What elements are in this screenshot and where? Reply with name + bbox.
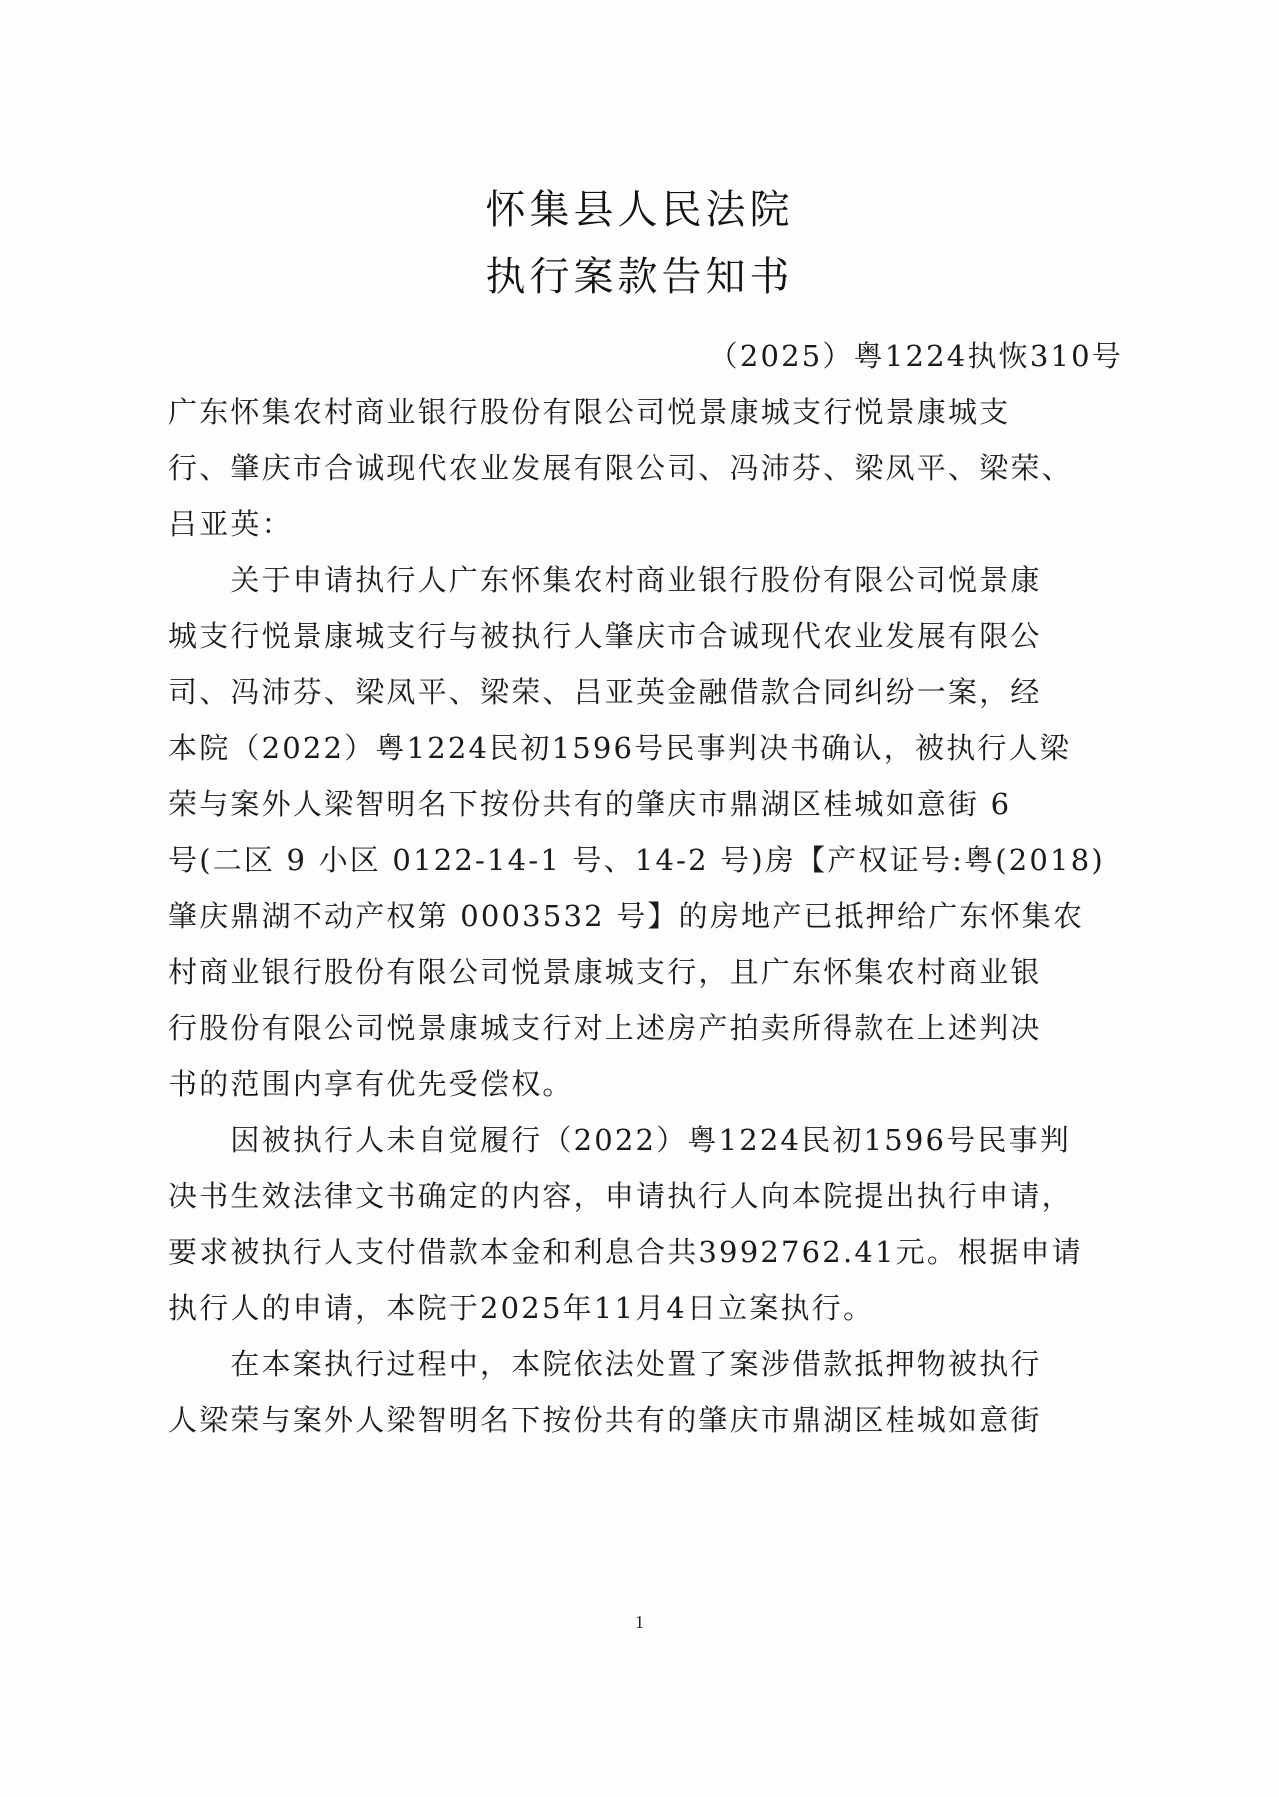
recipients-line: 广东怀集农村商业银行股份有限公司悦景康城支行悦景康城支 xyxy=(168,392,1123,432)
paragraph-line: 肇庆鼎湖不动产权第 0003532 号】的房地产已抵押给广东怀集农 xyxy=(168,896,1123,936)
paragraph-line: 决书生效法律文书确定的内容，申请执行人向本院提出执行申请， xyxy=(168,1176,1123,1216)
paragraph-line: 村商业银行股份有限公司悦景康城支行，且广东怀集农村商业银 xyxy=(168,952,1123,992)
paragraph-line: 执行人的申请，本院于2025年11月4日立案执行。 xyxy=(168,1288,1123,1328)
court-name-heading: 怀集县人民法院 xyxy=(0,178,1279,235)
paragraph-line: 本院（2022）粤1224民初1596号民事判决书确认，被执行人梁 xyxy=(168,728,1123,768)
document-page: 怀集县人民法院 执行案款告知书 （2025）粤1224执恢310号 广东怀集农村… xyxy=(0,0,1279,1797)
recipients-line: 行、肇庆市合诚现代农业发展有限公司、冯沛芬、梁凤平、梁荣、 xyxy=(168,448,1123,488)
recipients-line: 吕亚英： xyxy=(168,504,1123,544)
paragraph-line: 司、冯沛芬、梁凤平、梁荣、吕亚英金融借款合同纠纷一案，经 xyxy=(168,672,1123,712)
case-number: （2025）粤1224执恢310号 xyxy=(168,336,1123,376)
document-title: 执行案款告知书 xyxy=(0,245,1279,302)
paragraph-line: 因被执行人未自觉履行（2022）粤1224民初1596号民事判 xyxy=(168,1120,1123,1160)
paragraph-line: 城支行悦景康城支行与被执行人肇庆市合诚现代农业发展有限公 xyxy=(168,616,1123,656)
paragraph-line: 在本案执行过程中，本院依法处置了案涉借款抵押物被执行 xyxy=(168,1344,1123,1384)
paragraph-line: 书的范围内享有优先受偿权。 xyxy=(168,1064,1123,1104)
paragraph-line: 行股份有限公司悦景康城支行对上述房产拍卖所得款在上述判决 xyxy=(168,1008,1123,1048)
paragraph-line: 荣与案外人梁智明名下按份共有的肇庆市鼎湖区桂城如意街 6 xyxy=(168,784,1123,824)
paragraph-line: 关于申请执行人广东怀集农村商业银行股份有限公司悦景康 xyxy=(168,560,1123,600)
paragraph-line: 要求被执行人支付借款本金和利息合共3992762.41元。根据申请 xyxy=(168,1232,1123,1272)
paragraph-line: 人梁荣与案外人梁智明名下按份共有的肇庆市鼎湖区桂城如意街 xyxy=(168,1400,1123,1440)
paragraph-line: 号(二区 9 小区 0122-14-1 号、14-2 号)房【产权证号:粤(20… xyxy=(168,840,1123,880)
page-number: 1 xyxy=(0,1612,1279,1633)
